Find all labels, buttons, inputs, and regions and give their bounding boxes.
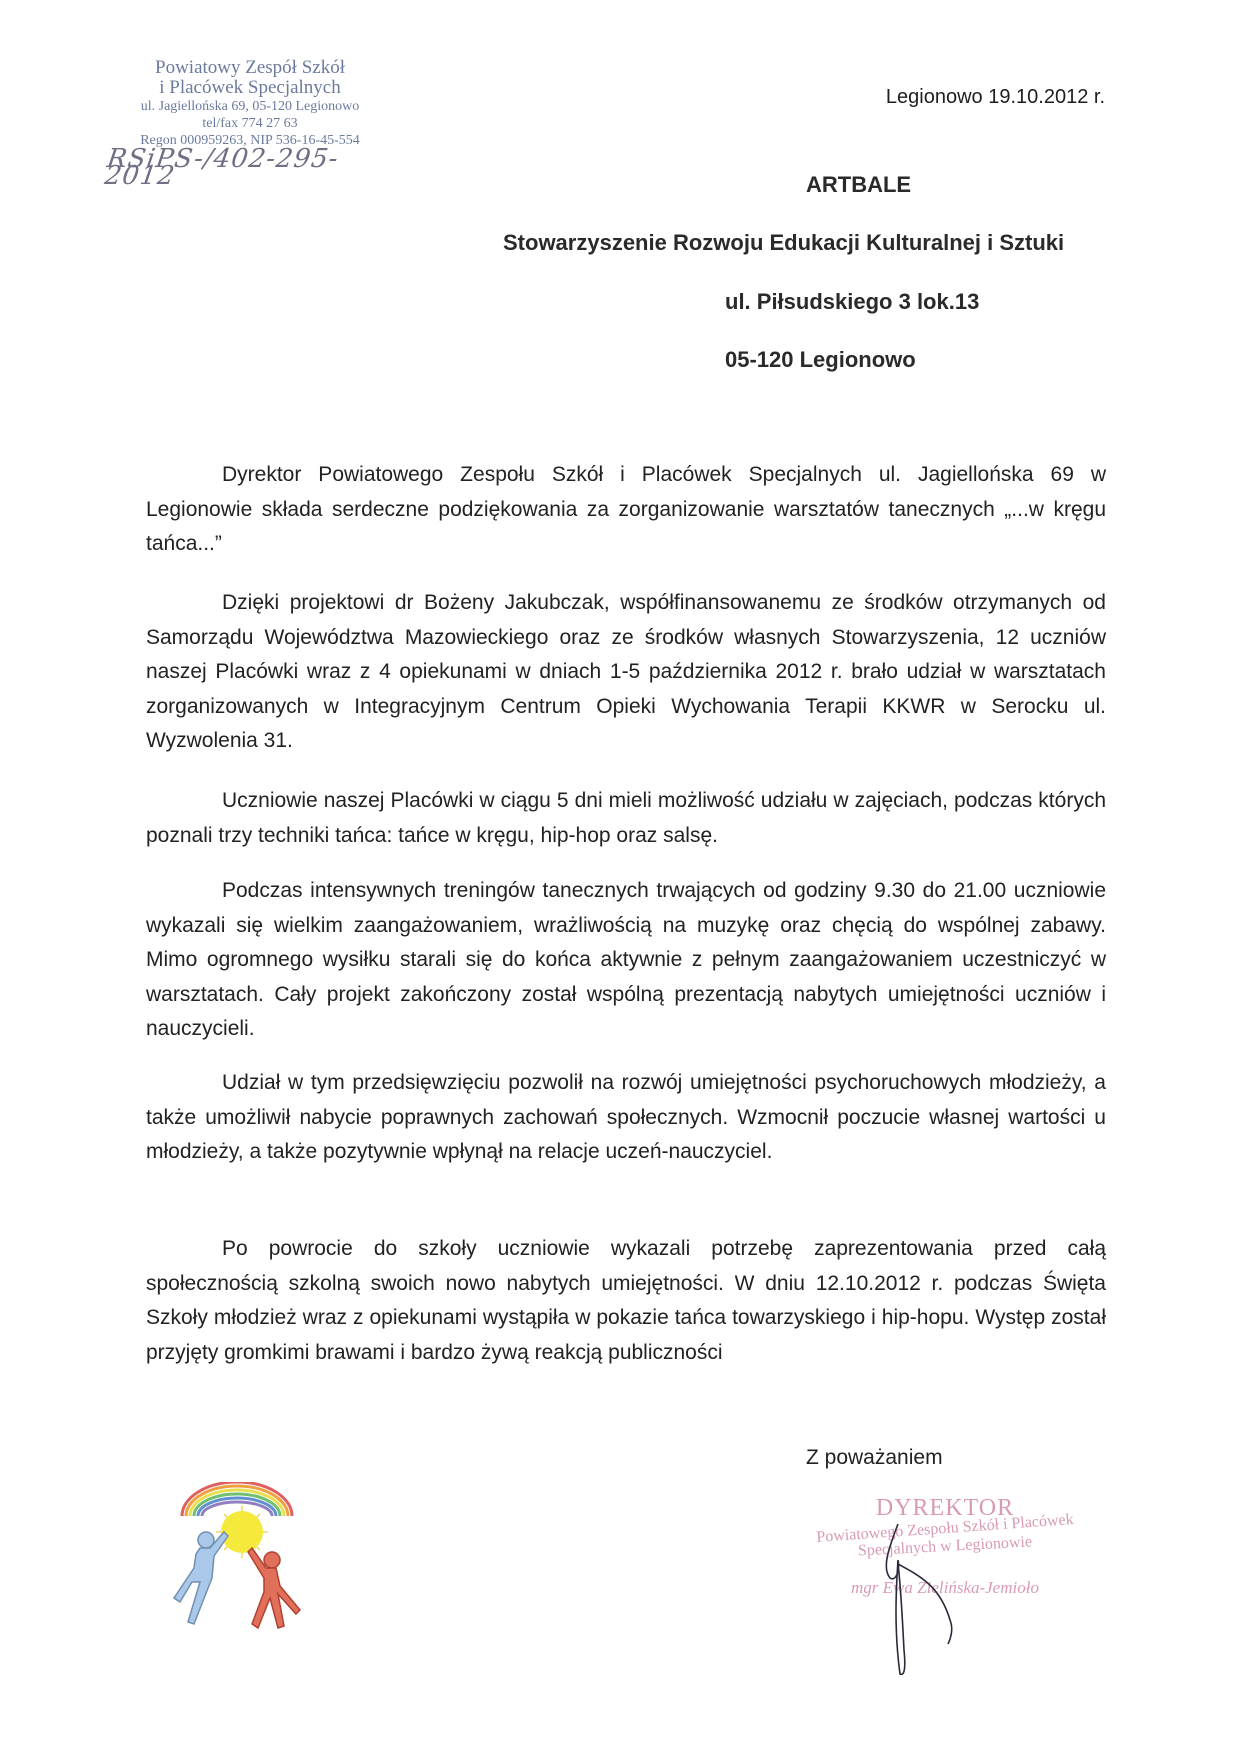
paragraph-text: Po powrocie do szkoły uczniowie wykazali… [146,1232,1106,1370]
body-paragraph-3: Uczniowie naszej Placówki w ciągu 5 dni … [146,784,1106,853]
closing-salutation: Z poważaniem [806,1446,943,1470]
reference-number: RSiPS-/402-295-2012 [98,151,403,185]
stamp-line: Powiatowy Zespół Szkół [100,58,400,78]
recipient-organization: Stowarzyszenie Rozwoju Edukacji Kultural… [503,230,1064,256]
letter-date: Legionowo 19.10.2012 r. [886,86,1105,109]
handwritten-signature-icon [870,1520,990,1680]
stamp-line: i Placówek Specjalnych [100,78,400,98]
paragraph-text: Uczniowie naszej Placówki w ciągu 5 dni … [146,784,1106,853]
body-paragraph-1: Dyrektor Powiatowego Zespołu Szkół i Pla… [146,458,1106,562]
body-paragraph-6: Po powrocie do szkoły uczniowie wykazali… [146,1232,1106,1370]
recipient-street: ul. Piłsudskiego 3 lok.13 [725,289,979,315]
stamp-phone: tel/fax 774 27 63 [100,115,400,132]
recipient-city: 05-120 Legionowo [725,347,916,373]
paragraph-text: Dyrektor Powiatowego Zespołu Szkół i Pla… [146,458,1106,562]
paragraph-text: Dzięki projektowi dr Bożeny Jakubczak, w… [146,586,1106,759]
paragraph-text: Podczas intensywnych treningów tanecznyc… [146,874,1106,1047]
stamp-address: ul. Jagiellońska 69, 05-120 Legionowo [100,98,400,115]
body-paragraph-2: Dzięki projektowi dr Bożeny Jakubczak, w… [146,586,1106,759]
school-logo-icon [172,1482,308,1630]
institution-stamp: Powiatowy Zespół Szkół i Placówek Specja… [100,58,400,185]
body-paragraph-4: Podczas intensywnych treningów tanecznyc… [146,874,1106,1047]
body-paragraph-5: Udział w tym przedsięwzięciu pozwolił na… [146,1066,1106,1170]
recipient-name: ARTBALE [806,172,911,198]
paragraph-text: Udział w tym przedsięwzięciu pozwolił na… [146,1066,1106,1170]
